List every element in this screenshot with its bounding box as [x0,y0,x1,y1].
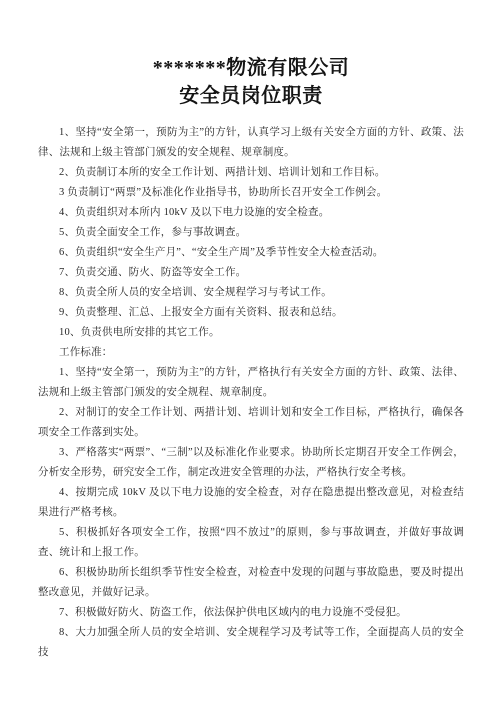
duty-item-10: 10、负责供电所安排的其它工作。 [38,323,464,343]
company-title: *******物流有限公司 [38,54,464,82]
duty-item-7: 7、负责交通、防火、防盗等安全工作。 [38,263,464,283]
standard-item-8: 8、大力加强全所人员的安全培训、安全规程学习及考试等工作，全面提高人员的安全技 [38,623,464,663]
page-title: 安全员岗位职责 [38,82,464,110]
standard-item-2: 2、对制订的安全工作计划、两措计划、培训计划和安全工作目标，严格执行，确保各项安… [38,403,464,443]
standard-item-5: 5、积极抓好各项安全工作，按照“四不放过”的原则，参与事故调查，并做好事故调查、… [38,523,464,563]
duty-item-9: 9、负责整理、汇总、上报安全方面有关资料、报表和总结。 [38,303,464,323]
document-page: *******物流有限公司 安全员岗位职责 1、坚持“安全第一，预防为主”的方针… [0,0,500,707]
duty-item-4: 4、负责组织对本所内 10kV 及以下电力设施的安全检查。 [38,203,464,223]
standard-item-4: 4、按期完成 10kV 及以下电力设施的安全检查，对存在隐患提出整改意见，对检查… [38,483,464,523]
document-body: 1、坚持“安全第一，预防为主”的方针，认真学习上级有关安全方面的方针、政策、法律… [38,123,464,663]
duty-item-8: 8、负责全所人员的安全培训、安全规程学习与考试工作。 [38,283,464,303]
duty-item-3: 3 负责制订“两票”及标准化作业指导书，协助所长召开安全工作例会。 [38,183,464,203]
standards-heading: 工作标准： [38,343,464,363]
duty-item-2: 2、负责制订本所的安全工作计划、两措计划、培训计划和工作目标。 [38,163,464,183]
standard-item-3: 3、严格落实“两票”、“三制”以及标准化作业要求。协助所长定期召开安全工作例会，… [38,443,464,483]
duty-item-1: 1、坚持“安全第一，预防为主”的方针，认真学习上级有关安全方面的方针、政策、法律… [38,123,464,163]
standard-item-1: 1、坚持“安全第一，预防为主”的方针，严格执行有关安全方面的方针、政策、法律、法… [38,363,464,403]
standard-item-7: 7、积极做好防火、防盗工作，依法保护供电区域内的电力设施不受侵犯。 [38,603,464,623]
duty-item-6: 6、负责组织“安全生产月”、“安全生产周”及季节性安全大检查活动。 [38,243,464,263]
duty-item-5: 5、负责全面安全工作，参与事故调查。 [38,223,464,243]
standard-item-6: 6、积极协助所长组织季节性安全检查，对检查中发现的问题与事故隐患，要及时提出整改… [38,563,464,603]
